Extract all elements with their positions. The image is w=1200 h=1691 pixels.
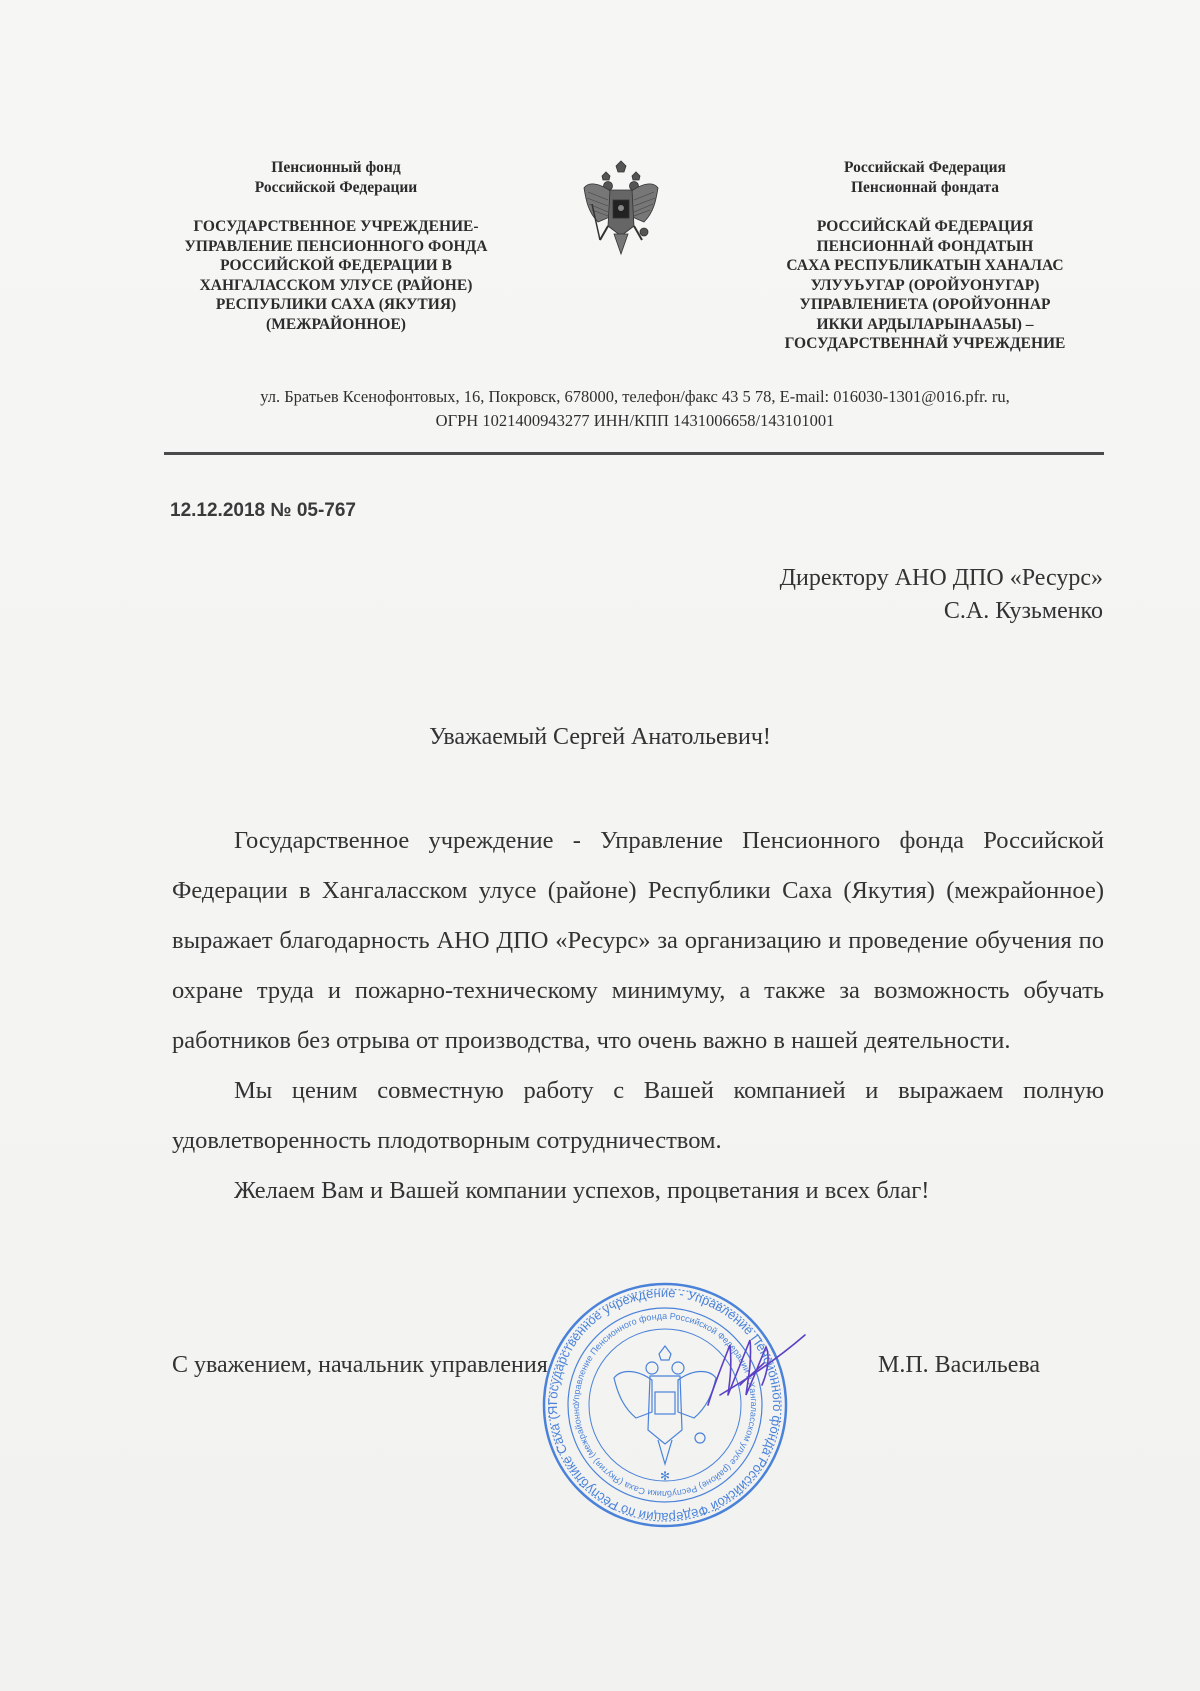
recipient-name: С.А. Кузьменко	[780, 595, 1103, 628]
org-small-line: Пенсионный фонд	[148, 158, 524, 178]
recipient-block: Директору АНО ДПО «Ресурс» С.А. Кузьменк…	[780, 562, 1103, 628]
registration-line: ОГРН 1021400943277 ИНН/КПП 1431006658/14…	[160, 409, 1110, 433]
address-line: ул. Братьев Ксенофонтовых, 16, Покровск,…	[160, 385, 1110, 409]
org-small-line: Пенсионнай фондата	[740, 178, 1110, 198]
org-full-line: ГОСУДАРСТВЕННОЕ УЧРЕЖДЕНИЕ-	[148, 217, 524, 237]
letter-page: Пенсионный фонд Российской Федерации ГОС…	[0, 0, 1200, 1691]
org-full-line: УПРАВЛЕНИЕ ПЕНСИОННОГО ФОНДА	[148, 237, 524, 257]
letter-body: Государственное учреждение - Управление …	[172, 816, 1104, 1216]
org-full-line: САХА РЕСПУБЛИКАТЫН ХАНАЛАС	[740, 256, 1110, 276]
org-full-line: ХАНГАЛАССКОМ УЛУСЕ (РАЙОНЕ)	[148, 276, 524, 296]
org-full-line: ИККИ АРДЫЛАРЫНАА5Ы) –	[740, 315, 1110, 335]
header-right-org: Российскай Федерация Пенсионнай фондата …	[740, 158, 1110, 354]
org-full-line: ПЕНСИОННАЙ ФОНДАТЫН	[740, 237, 1110, 257]
body-paragraph: Желаем Вам и Вашей компании успехов, про…	[172, 1166, 1104, 1216]
org-full-line: РОССИЙСКОЙ ФЕДЕРАЦИИ В	[148, 256, 524, 276]
signer-name: М.П. Васильева	[878, 1352, 1040, 1379]
recipient-position: Директору АНО ДПО «Ресурс»	[780, 562, 1103, 595]
org-small-line: Российскай Федерация	[740, 158, 1110, 178]
org-full-line: РОССИЙСКАЙ ФЕДЕРАЦИЯ	[740, 217, 1110, 237]
handwritten-signature-icon	[700, 1325, 810, 1415]
body-paragraph: Государственное учреждение - Управление …	[172, 816, 1104, 1066]
document-number: 12.12.2018 № 05-767	[170, 500, 356, 522]
org-full-line: УЛУУЬУГАР (ОРОЙУОНУГАР)	[740, 276, 1110, 296]
greeting: Уважаемый Сергей Анатольевич!	[0, 724, 1200, 751]
header-divider	[164, 452, 1104, 455]
body-paragraph: Мы ценим совместную работу с Вашей компа…	[172, 1066, 1104, 1166]
org-full-line: УПРАВЛЕНИЕТА (ОРОЙУОННАР	[740, 295, 1110, 315]
org-full-line: РЕСПУБЛИКИ САХА (ЯКУТИЯ)	[148, 295, 524, 315]
org-small-line: Российской Федерации	[148, 178, 524, 198]
russian-coat-of-arms-icon	[578, 160, 664, 260]
signoff-line: С уважением, начальник управления	[172, 1352, 548, 1379]
org-full-line: ГОСУДАРСТВЕННАЙ УЧРЕЖДЕНИЕ	[740, 334, 1110, 354]
org-full-line: (МЕЖРАЙОННОЕ)	[148, 315, 524, 335]
header-left-org: Пенсионный фонд Российской Федерации ГОС…	[148, 158, 524, 334]
svg-text:✻: ✻	[660, 1469, 670, 1483]
org-address: ул. Братьев Ксенофонтовых, 16, Покровск,…	[160, 385, 1110, 433]
